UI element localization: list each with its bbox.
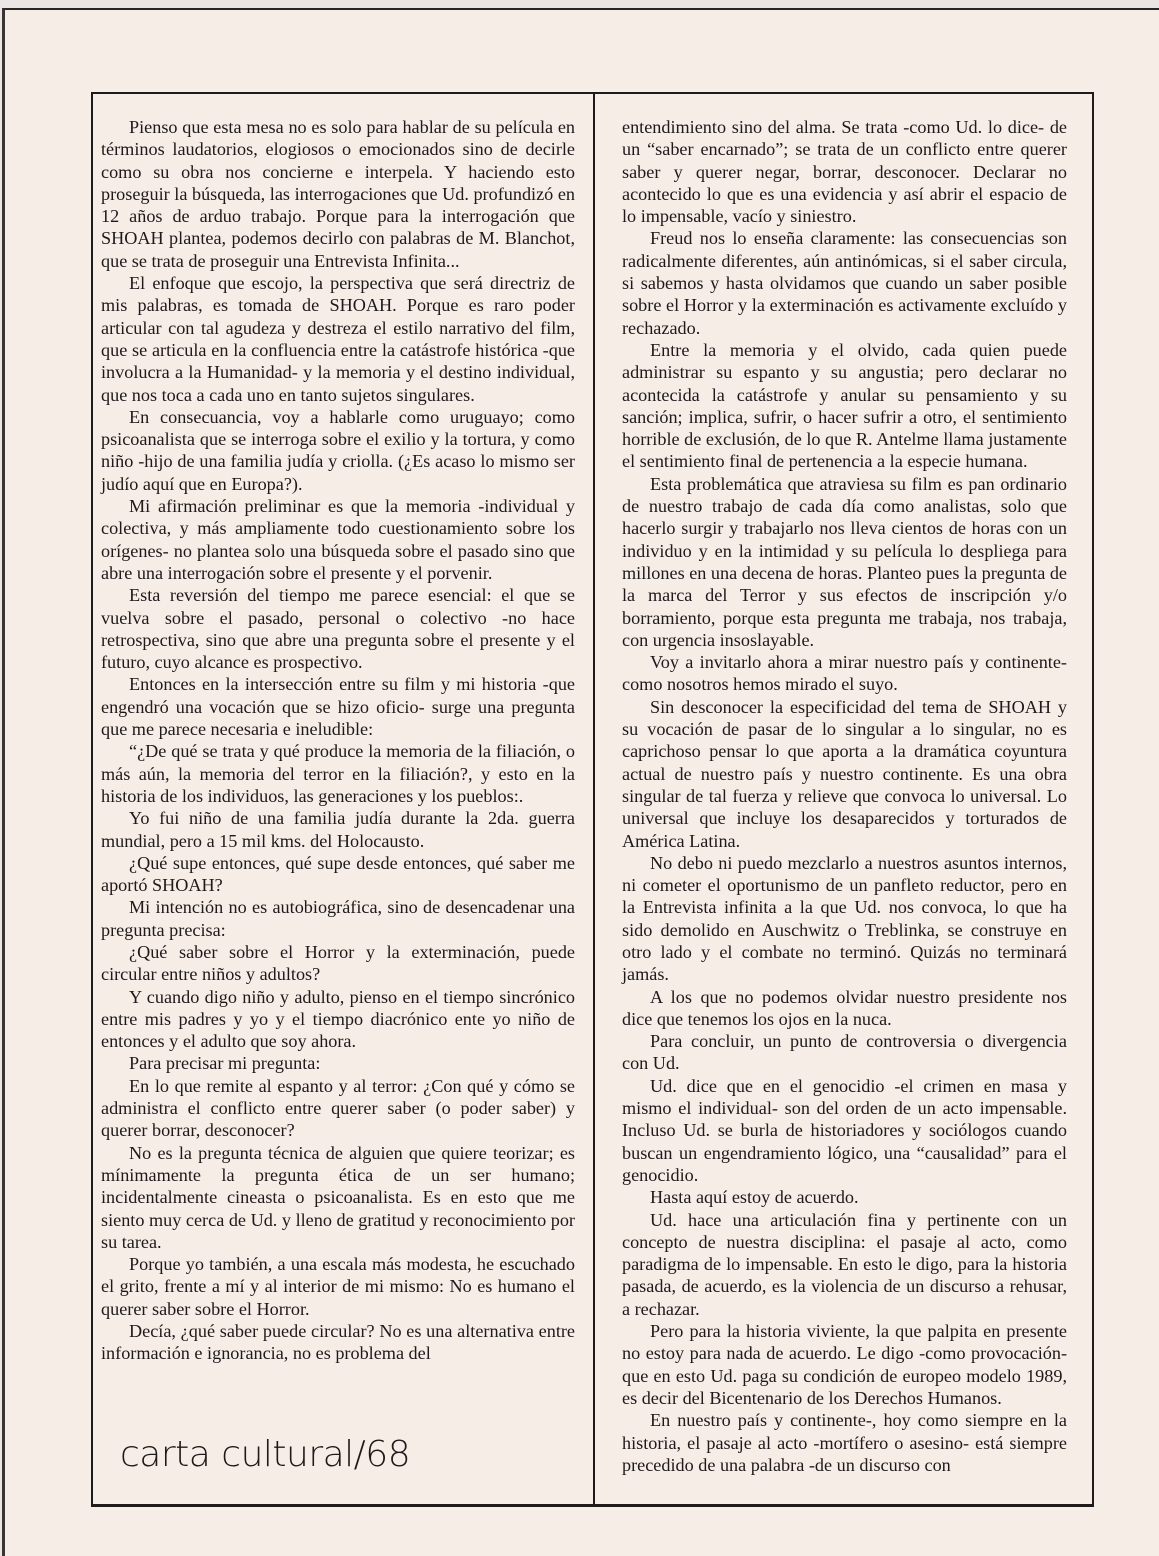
paragraph: ¿Qué saber sobre el Horror y la extermin… xyxy=(101,941,575,986)
paragraph: En nuestro país y continente-, hoy como … xyxy=(622,1409,1067,1476)
left-column: Pienso que esta mesa no es solo para hab… xyxy=(101,116,575,1365)
paragraph: Esta problemática que atraviesa su film … xyxy=(622,473,1067,651)
paragraph: Para precisar mi pregunta: xyxy=(101,1052,575,1074)
paragraph: El enfoque que escojo, la perspectiva qu… xyxy=(101,272,575,406)
paragraph: En lo que remite al espanto y al terror:… xyxy=(101,1075,575,1142)
paragraph: Y cuando digo niño y adulto, pienso en e… xyxy=(101,986,575,1053)
paragraph: En consecuancia, voy a hablarle como uru… xyxy=(101,406,575,495)
paragraph: Mi intención no es autobiográfica, sino … xyxy=(101,896,575,941)
column-divider xyxy=(593,94,595,1504)
paragraph: No es la pregunta técnica de alguien que… xyxy=(101,1142,575,1253)
paragraph: Sin desconocer la especificidad del tema… xyxy=(622,696,1067,852)
paragraph: Hasta aquí estoy de acuerdo. xyxy=(622,1186,1067,1208)
text-frame: Pienso que esta mesa no es solo para hab… xyxy=(91,92,1094,1507)
paragraph: ¿Qué supe entonces, qué supe desde enton… xyxy=(101,852,575,897)
paragraph: Para concluir, un punto de controversia … xyxy=(622,1030,1067,1075)
paragraph: A los que no podemos olvidar nuestro pre… xyxy=(622,986,1067,1031)
paragraph: Entonces en la intersección entre su fil… xyxy=(101,673,575,740)
paragraph: Freud nos lo enseña claramente: las cons… xyxy=(622,227,1067,338)
paragraph: Ud. dice que en el genocidio -el crimen … xyxy=(622,1075,1067,1186)
paragraph: Yo fui niño de una familia judía durante… xyxy=(101,807,575,852)
paragraph: Decía, ¿qué saber puede circular? No es … xyxy=(101,1320,575,1365)
paragraph: No debo ni puedo mezclarlo a nuestros as… xyxy=(622,852,1067,986)
paragraph: Voy a invitarlo ahora a mirar nuestro pa… xyxy=(622,651,1067,696)
paragraph: Pienso que esta mesa no es solo para hab… xyxy=(101,116,575,272)
right-column: entendimiento sino del alma. Se trata -c… xyxy=(622,116,1067,1476)
paragraph: Esta reversión del tiempo me parece esen… xyxy=(101,584,575,673)
paragraph: Mi afirmación preliminar es que la memor… xyxy=(101,495,575,584)
paragraph: Ud. hace una articulación fina y pertine… xyxy=(622,1209,1067,1320)
paragraph-continued: entendimiento sino del alma. Se trata -c… xyxy=(622,116,1067,227)
paragraph: Entre la memoria y el olvido, cada quien… xyxy=(622,339,1067,473)
magazine-page: Pienso que esta mesa no es solo para hab… xyxy=(2,8,1159,1556)
paragraph: Porque yo también, a una escala más mode… xyxy=(101,1253,575,1320)
paragraph: “¿De qué se trata y qué produce la memor… xyxy=(101,740,575,807)
page-folio: carta cultural/68 xyxy=(120,1434,410,1475)
paragraph: Pero para la historia viviente, la que p… xyxy=(622,1320,1067,1409)
